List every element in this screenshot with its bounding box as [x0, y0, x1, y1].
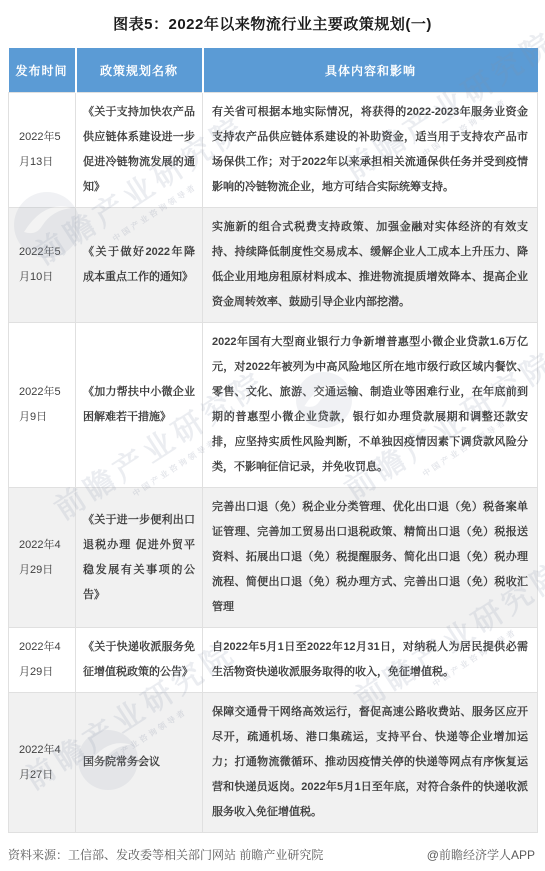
- column-header-date: 发布时间: [9, 48, 76, 93]
- source-note: 资料来源：工信部、发改委等相关部门网站 前瞻产业研究院: [8, 846, 323, 863]
- table-row: 2022年5 月9日 《加力帮扶中小微企业困解难若干措施》 2022年国有大型商…: [9, 323, 538, 488]
- cell-date: 2022年5 月13日: [9, 93, 76, 208]
- table-header-row: 发布时间 政策规划名称 具体内容和影响: [9, 48, 538, 93]
- column-header-policy: 政策规划名称: [76, 48, 203, 93]
- cell-date: 2022年5 月9日: [9, 323, 76, 488]
- cell-date: 2022年5 月10日: [9, 208, 76, 323]
- page-title: 图表5：2022年以来物流行业主要政策规划(一): [0, 0, 545, 48]
- table-row: 2022年4 月29日 《关于快递收派服务免征增值税政策的公告》 自2022年5…: [9, 628, 538, 693]
- brand-note: @前瞻经济学人APP: [427, 846, 535, 863]
- cell-policy: 《关于进一步便利出口退税办理 促进外贸平稳发展有关事项的公告》: [76, 488, 203, 628]
- policy-table: 发布时间 政策规划名称 具体内容和影响 2022年5 月13日 《关于支持加快农…: [8, 48, 538, 833]
- column-header-content: 具体内容和影响: [203, 48, 538, 93]
- table-row: 2022年4 月29日 《关于进一步便利出口退税办理 促进外贸平稳发展有关事项的…: [9, 488, 538, 628]
- figure-page: 前瞻产业研究院 中国产业咨询领导者 前瞻产业研究院 中国产业咨询领导者 前瞻产业…: [0, 0, 545, 871]
- table-row: 2022年5 月13日 《关于支持加快农产品供应链体系建设进一步促进冷链物流发展…: [9, 93, 538, 208]
- cell-policy: 《关于支持加快农产品供应链体系建设进一步促进冷链物流发展的通知》: [76, 93, 203, 208]
- cell-content: 实施新的组合式税费支持政策、加强金融对实体经济的有效支持、持续降低制度性交易成本…: [203, 208, 538, 323]
- cell-policy: 《关于快递收派服务免征增值税政策的公告》: [76, 628, 203, 693]
- cell-date: 2022年4 月29日: [9, 628, 76, 693]
- cell-content: 自2022年5月1日至2022年12月31日，对纳税人为居民提供必需生活物资快递…: [203, 628, 538, 693]
- cell-content: 完善出口退（免）税企业分类管理、优化出口退（免）税备案单证管理、完善加工贸易出口…: [203, 488, 538, 628]
- cell-date: 2022年4 月29日: [9, 488, 76, 628]
- cell-policy: 《关于做好2022年降成本重点工作的通知》: [76, 208, 203, 323]
- cell-policy: 《加力帮扶中小微企业困解难若干措施》: [76, 323, 203, 488]
- cell-policy: 国务院常务会议: [76, 693, 203, 833]
- table-row: 2022年4 月27日 国务院常务会议 保障交通骨干网络高效运行，督促高速公路收…: [9, 693, 538, 833]
- table-row: 2022年5 月10日 《关于做好2022年降成本重点工作的通知》 实施新的组合…: [9, 208, 538, 323]
- cell-content: 保障交通骨干网络高效运行，督促高速公路收费站、服务区应开尽开，疏通机场、港口集疏…: [203, 693, 538, 833]
- figure-footer: 资料来源：工信部、发改委等相关部门网站 前瞻产业研究院 @前瞻经济学人APP: [8, 846, 535, 863]
- cell-content: 有关省可根据本地实际情况，将获得的2022-2023年服务业资金支持农产品供应链…: [203, 93, 538, 208]
- cell-date: 2022年4 月27日: [9, 693, 76, 833]
- cell-content: 2022年国有大型商业银行力争新增普惠型小微企业贷款1.6万亿元，对2022年被…: [203, 323, 538, 488]
